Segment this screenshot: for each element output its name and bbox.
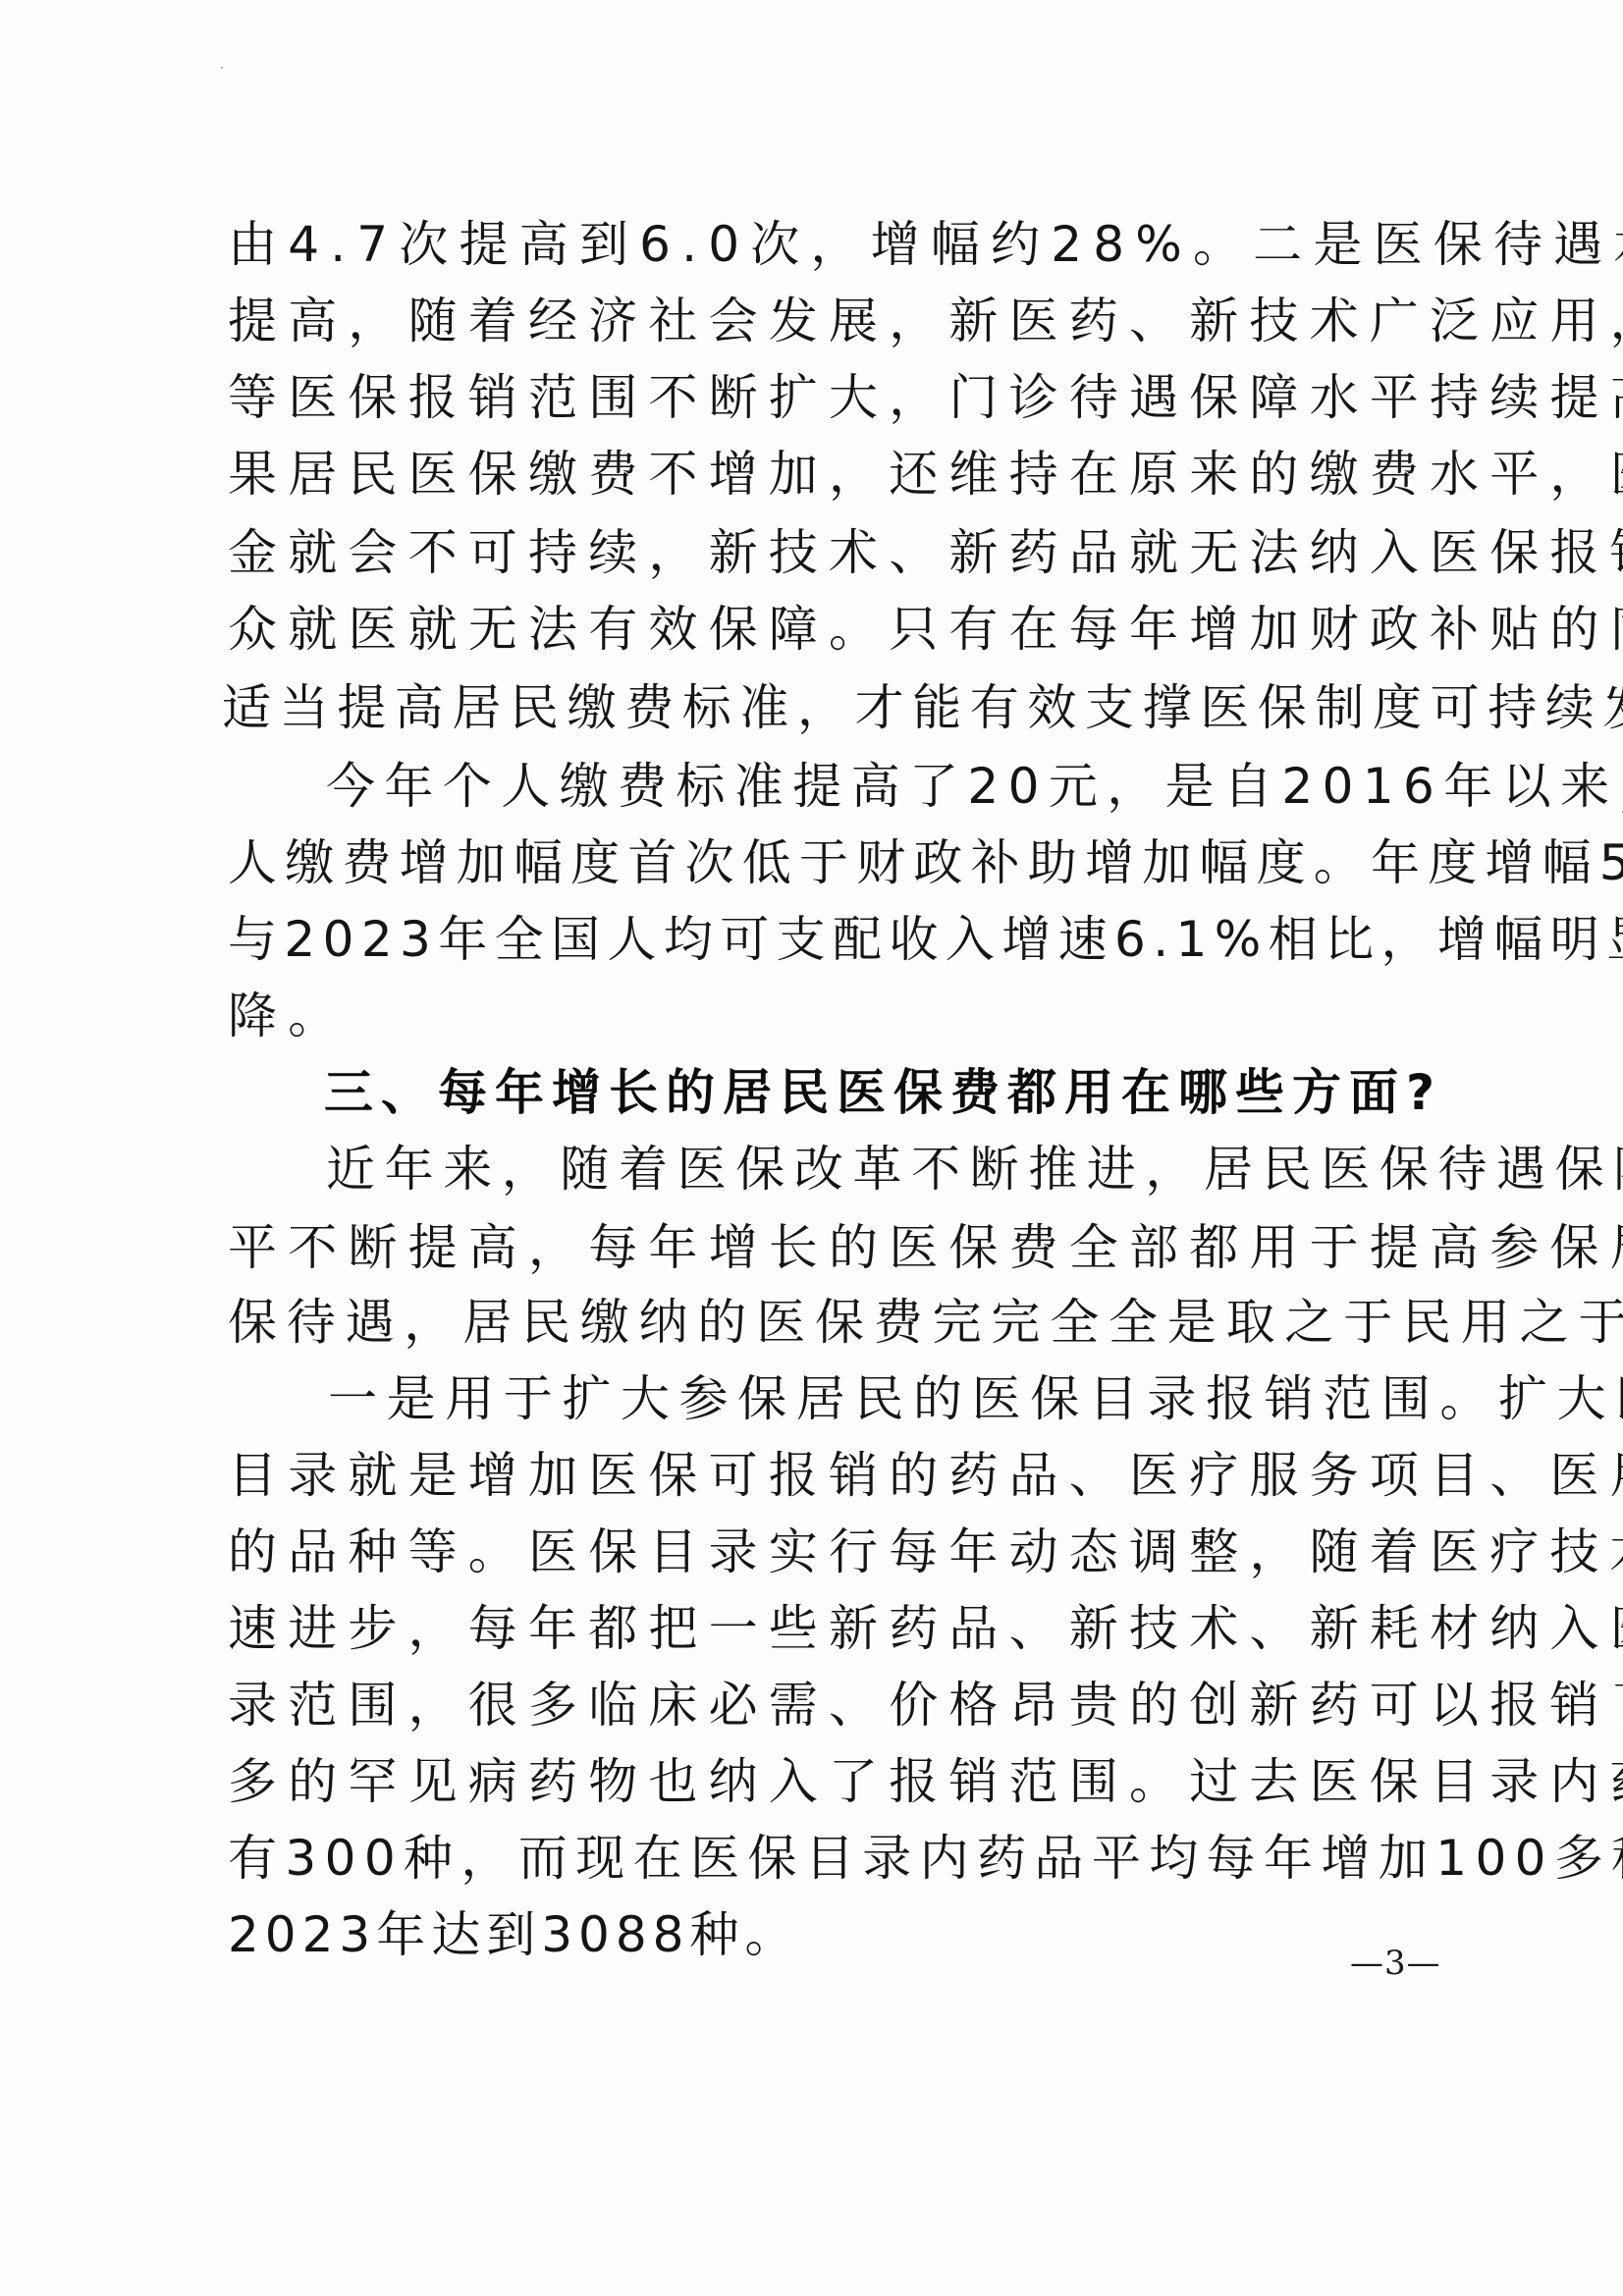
paragraph-2-line-1: 今年个人缴费标准提高了20元，是自2016年以来，个 xyxy=(326,756,1543,817)
document-page: 由4.7次提高到6.0次，增幅约28%。二是医保待遇水平在 提高，随着经济社会发… xyxy=(0,0,1623,2296)
text-line-5: 金就会不可持续，新技术、新药品就无法纳入医保报销，群 xyxy=(228,522,1445,583)
paragraph-2-line-3: 与2023年全国人均可支配收入增速6.1%相比，增幅明显下 xyxy=(228,909,1445,970)
text-line-1: 由4.7次提高到6.0次，增幅约28%。二是医保待遇水平在 xyxy=(228,214,1445,275)
paragraph-3-line-3: 保待遇，居民缴纳的医保费完完全全是取之于民用之于民。 xyxy=(228,1292,1445,1353)
paragraph-2-line-2: 人缴费增加幅度首次低于财政补助增加幅度。年度增幅5.3%， xyxy=(228,832,1445,893)
paragraph-4-line-7: 有300种，而现在医保目录内药品平均每年增加100多种， xyxy=(228,1828,1445,1889)
paragraph-4-line-2: 目录就是增加医保可报销的药品、医疗服务项目、医用耗材 xyxy=(228,1445,1445,1506)
paragraph-4-line-3: 的品种等。医保目录实行每年动态调整，随着医疗技术的快 xyxy=(228,1522,1445,1582)
text-line-6: 众就医就无法有效保障。只有在每年增加财政补贴的同时， xyxy=(228,599,1445,660)
paragraph-3-line-2: 平不断提高，每年增长的医保费全部都用于提高参保居民医 xyxy=(228,1217,1445,1278)
paragraph-4-line-4: 速进步，每年都把一些新药品、新技术、新耗材纳入医保目 xyxy=(228,1598,1445,1659)
paragraph-4-line-5: 录范围，很多临床必需、价格昂贵的创新药可以报销了，更 xyxy=(228,1675,1445,1735)
section-heading: 三、每年增长的居民医保费都用在哪些方面? xyxy=(324,1062,1542,1123)
text-line-7: 适当提高居民缴费标准，才能有效支撑医保制度可持续发展。 xyxy=(222,677,1439,738)
scan-speck xyxy=(221,67,223,69)
text-line-3: 等医保报销范围不断扩大，门诊待遇保障水平持续提高。如 xyxy=(228,367,1445,428)
text-line-2: 提高，随着经济社会发展，新医药、新技术广泛应用，目录 xyxy=(228,291,1445,351)
paragraph-3-line-1: 近年来，随着医保改革不断推进，居民医保待遇保障水 xyxy=(326,1139,1543,1200)
page-number: —3— xyxy=(1350,1944,1441,1983)
paragraph-2-line-4: 降。 xyxy=(228,986,1445,1046)
paragraph-4-line-8: 2023年达到3088种。 xyxy=(228,1904,1445,1965)
paragraph-4-line-1: 一是用于扩大参保居民的医保目录报销范围。扩大医保 xyxy=(328,1368,1545,1429)
paragraph-4-line-6: 多的罕见病药物也纳入了报销范围。过去医保目录内药品只 xyxy=(228,1751,1445,1812)
text-line-4: 果居民医保缴费不增加，还维持在原来的缴费水平，医保基 xyxy=(228,444,1445,505)
